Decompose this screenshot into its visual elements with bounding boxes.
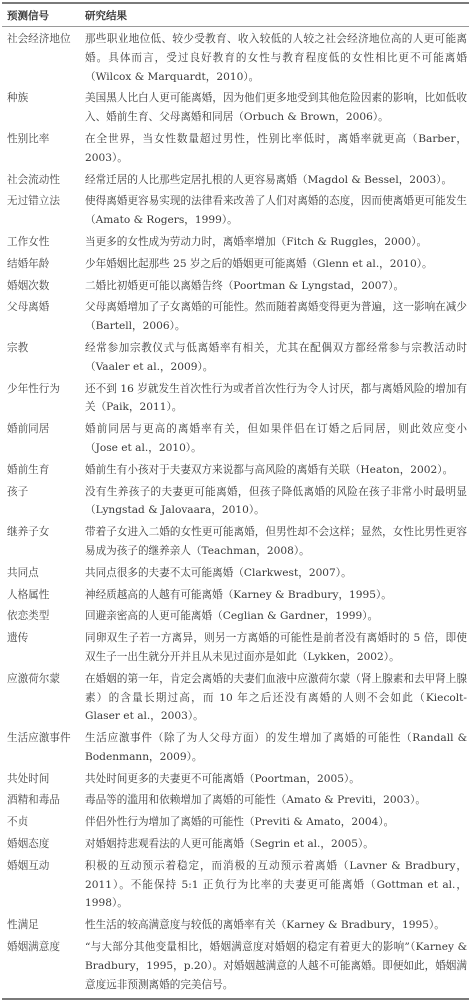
table-row: 共处时间共处时间更多的夫妻更不可能离婚（Poortman，2005）。 — [2, 770, 469, 789]
table-header: 预测信号 研究结果 — [2, 4, 469, 27]
table-row: 人格属性神经质越高的人越有可能离婚（Karney & Bradbury，1995… — [2, 586, 469, 605]
table-row: 不贞伴侣外性行为增加了离婚的可能性（Previti & Amato，2004）。 — [2, 813, 469, 832]
table-row: 工作女性当更多的女性成为劳动力时，离婚率增加（Fitch & Ruggles，2… — [2, 233, 469, 252]
finding-cell: 使得离婚更容易实现的法律看来改善了人们对离婚的态度，因而使离婚更可能发生（Ama… — [85, 192, 469, 230]
finding-cell: 经常参加宗教仪式与低离婚率有相关，尤其在配偶双方都经常参与宗教活动时（Vaale… — [85, 339, 469, 377]
signal-cell: 婚姻互动 — [2, 857, 85, 913]
table-body: 社会经济地位那些职业地位低、较少受教育、收入较低的人较之社会经济地位高的人更可能… — [2, 27, 469, 926]
table-row: 社会经济地位那些职业地位低、较少受教育、收入较低的人较之社会经济地位高的人更可能… — [2, 30, 469, 86]
finding-cell: 婚前同居与更高的离婚率有关，但如果伴侣在订婚之后同居，则此效应变小（Jose e… — [85, 420, 469, 458]
finding-cell: 共同点很多的夫妻不太可能离婚（Clarkwest，2007）。 — [85, 564, 469, 583]
finding-cell: 积极的互动预示着稳定，而消极的互动预示着离婚（Lavner & Bradbury… — [85, 857, 469, 913]
table-row: 宗教经常参加宗教仪式与低离婚率有相关，尤其在配偶双方都经常参与宗教活动时（Vaa… — [2, 339, 469, 377]
signal-cell: 婚姻态度 — [2, 835, 85, 854]
signal-cell: 婚姻次数 — [2, 277, 85, 296]
finding-cell: 共处时间更多的夫妻更不可能离婚（Poortman，2005）。 — [85, 770, 469, 789]
table-row: 依恋类型回避亲密高的人更可能离婚（Ceglian & Gardner，1999）… — [2, 607, 469, 626]
signal-cell: 工作女性 — [2, 233, 85, 252]
divorce-predictors-table: 预测信号 研究结果 社会经济地位那些职业地位低、较少受教育、收入较低的人较之社会… — [2, 2, 469, 926]
table-row: 遗传同卵双生子若一方离异，则另一方离婚的可能性是前者没有离婚时的 5 倍，即使双… — [2, 629, 469, 667]
header-finding: 研究结果 — [85, 8, 469, 23]
finding-cell: 毒品等的滥用和依赖增加了离婚的可能性（Amato & Previti，2003）… — [85, 791, 469, 810]
signal-cell: 少年性行为 — [2, 380, 85, 418]
signal-cell: 社会流动性 — [2, 171, 85, 190]
finding-cell: 还不到 16 岁就发生首次性行为或者首次性行为令人讨厌，都与离婚风险的增加有关（… — [85, 380, 469, 418]
table-row: 酒精和毒品毒品等的滥用和依赖增加了离婚的可能性（Amato & Previti，… — [2, 791, 469, 810]
table-row: 结婚年龄少年婚姻比起那些 25 岁之后的婚姻更可能离婚（Glenn et al.… — [2, 255, 469, 274]
table-row: 应激荷尔蒙在婚姻的第一年，肯定会离婚的夫妻们血液中应激荷尔蒙（肾上腺素和去甲肾上… — [2, 670, 469, 726]
table-row: 共同点共同点很多的夫妻不太可能离婚（Clarkwest，2007）。 — [2, 564, 469, 583]
finding-cell: 带着子女进入二婚的女性更可能离婚，但男性却不会这样；显然，女性比男性更容易成为孩… — [85, 523, 469, 561]
finding-cell: 父母离婚增加了子女离婚的可能性。然而随着离婚变得更为普遍，这一影响在减少（Bar… — [85, 298, 469, 336]
signal-cell: 婚前生育 — [2, 461, 85, 480]
signal-cell: 共同点 — [2, 564, 85, 583]
signal-cell: 种族 — [2, 89, 85, 127]
finding-cell: 那些职业地位低、较少受教育、收入较低的人较之社会经济地位高的人更可能离婚。具体而… — [85, 30, 469, 86]
finding-cell: 对婚姻持悲观看法的人更可能离婚（Segrin et al.，2005）。 — [85, 835, 469, 854]
signal-cell: 性满足 — [2, 916, 85, 926]
signal-cell: 继养子女 — [2, 523, 85, 561]
signal-cell: 结婚年龄 — [2, 255, 85, 274]
finding-cell: 美国黑人比白人更可能离婚，因为他们更多地受到其他危险因素的影响，比如低收入、婚前… — [85, 89, 469, 127]
table-row: 性满足性生活的较高满意度与较低的离婚率有关（Karney & Bradbury，… — [2, 916, 469, 926]
signal-cell: 不贞 — [2, 813, 85, 832]
signal-cell: 应激荷尔蒙 — [2, 670, 85, 726]
finding-cell: 生活应激事件（除了为人父母方面）的发生增加了离婚的可能性（Randall & B… — [85, 729, 469, 767]
signal-cell: 共处时间 — [2, 770, 85, 789]
finding-cell: 在全世界，当女性数量超过男性，性别比率低时，离婚率就更高（Barber，2003… — [85, 130, 469, 168]
table-row: 孩子没有生养孩子的夫妻更可能离婚，但孩子降低离婚的风险在孩子非常小时最明显（Ly… — [2, 483, 469, 521]
finding-cell: 经常迁居的人比那些定居扎根的人更容易离婚（Magdol & Bessel，200… — [85, 171, 469, 190]
signal-cell: 宗教 — [2, 339, 85, 377]
finding-cell: 婚前生有小孩对于夫妻双方来说都与高风险的离婚有关联（Heaton，2002）。 — [85, 461, 469, 480]
signal-cell: 无过错立法 — [2, 192, 85, 230]
finding-cell: 没有生养孩子的夫妻更可能离婚，但孩子降低离婚的风险在孩子非常小时最明显（Lyng… — [85, 483, 469, 521]
table-row: 父母离婚父母离婚增加了子女离婚的可能性。然而随着离婚变得更为普遍，这一影响在减少… — [2, 298, 469, 336]
signal-cell: 依恋类型 — [2, 607, 85, 626]
table-row: 婚前同居婚前同居与更高的离婚率有关，但如果伴侣在订婚之后同居，则此效应变小（Jo… — [2, 420, 469, 458]
table-row: 生活应激事件生活应激事件（除了为人父母方面）的发生增加了离婚的可能性（Randa… — [2, 729, 469, 767]
table-row: 继养子女带着子女进入二婚的女性更可能离婚，但男性却不会这样；显然，女性比男性更容… — [2, 523, 469, 561]
finding-cell: 在婚姻的第一年，肯定会离婚的夫妻们血液中应激荷尔蒙（肾上腺素和去甲肾上腺素）的含… — [85, 670, 469, 726]
finding-cell: 少年婚姻比起那些 25 岁之后的婚姻更可能离婚（Glenn et al.，201… — [85, 255, 469, 274]
finding-cell: 同卵双生子若一方离异，则另一方离婚的可能性是前者没有离婚时的 5 倍，即使双生子… — [85, 629, 469, 667]
table-row: 无过错立法使得离婚更容易实现的法律看来改善了人们对离婚的态度，因而使离婚更可能发… — [2, 192, 469, 230]
signal-cell: 遗传 — [2, 629, 85, 667]
table-row: 婚姻次数二婚比初婚更可能以离婚告终（Poortman & Lyngstad，20… — [2, 277, 469, 296]
finding-cell: 性生活的较高满意度与较低的离婚率有关（Karney & Bradbury，199… — [85, 916, 469, 926]
table-row: 种族美国黑人比白人更可能离婚，因为他们更多地受到其他危险因素的影响，比如低收入、… — [2, 89, 469, 127]
table-row: 婚前生育婚前生有小孩对于夫妻双方来说都与高风险的离婚有关联（Heaton，200… — [2, 461, 469, 480]
signal-cell: 酒精和毒品 — [2, 791, 85, 810]
table-row: 婚姻态度对婚姻持悲观看法的人更可能离婚（Segrin et al.，2005）。 — [2, 835, 469, 854]
table-row: 婚姻互动积极的互动预示着稳定，而消极的互动预示着离婚（Lavner & Brad… — [2, 857, 469, 913]
signal-cell: 婚前同居 — [2, 420, 85, 458]
finding-cell: 二婚比初婚更可能以离婚告终（Poortman & Lyngstad，2007）。 — [85, 277, 469, 296]
signal-cell: 社会经济地位 — [2, 30, 85, 86]
finding-cell: 伴侣外性行为增加了离婚的可能性（Previti & Amato，2004）。 — [85, 813, 469, 832]
signal-cell: 人格属性 — [2, 586, 85, 605]
finding-cell: 当更多的女性成为劳动力时，离婚率增加（Fitch & Ruggles，2000）… — [85, 233, 469, 252]
table-row: 性别比率在全世界，当女性数量超过男性，性别比率低时，离婚率就更高（Barber，… — [2, 130, 469, 168]
finding-cell: 回避亲密高的人更可能离婚（Ceglian & Gardner，1999）。 — [85, 607, 469, 626]
signal-cell: 生活应激事件 — [2, 729, 85, 767]
table-row: 少年性行为还不到 16 岁就发生首次性行为或者首次性行为令人讨厌，都与离婚风险的… — [2, 380, 469, 418]
signal-cell: 性别比率 — [2, 130, 85, 168]
header-signal: 预测信号 — [2, 8, 85, 23]
table-row: 社会流动性经常迁居的人比那些定居扎根的人更容易离婚（Magdol & Besse… — [2, 171, 469, 190]
signal-cell: 孩子 — [2, 483, 85, 521]
signal-cell: 父母离婚 — [2, 298, 85, 336]
finding-cell: 神经质越高的人越有可能离婚（Karney & Bradbury，1995）。 — [85, 586, 469, 605]
